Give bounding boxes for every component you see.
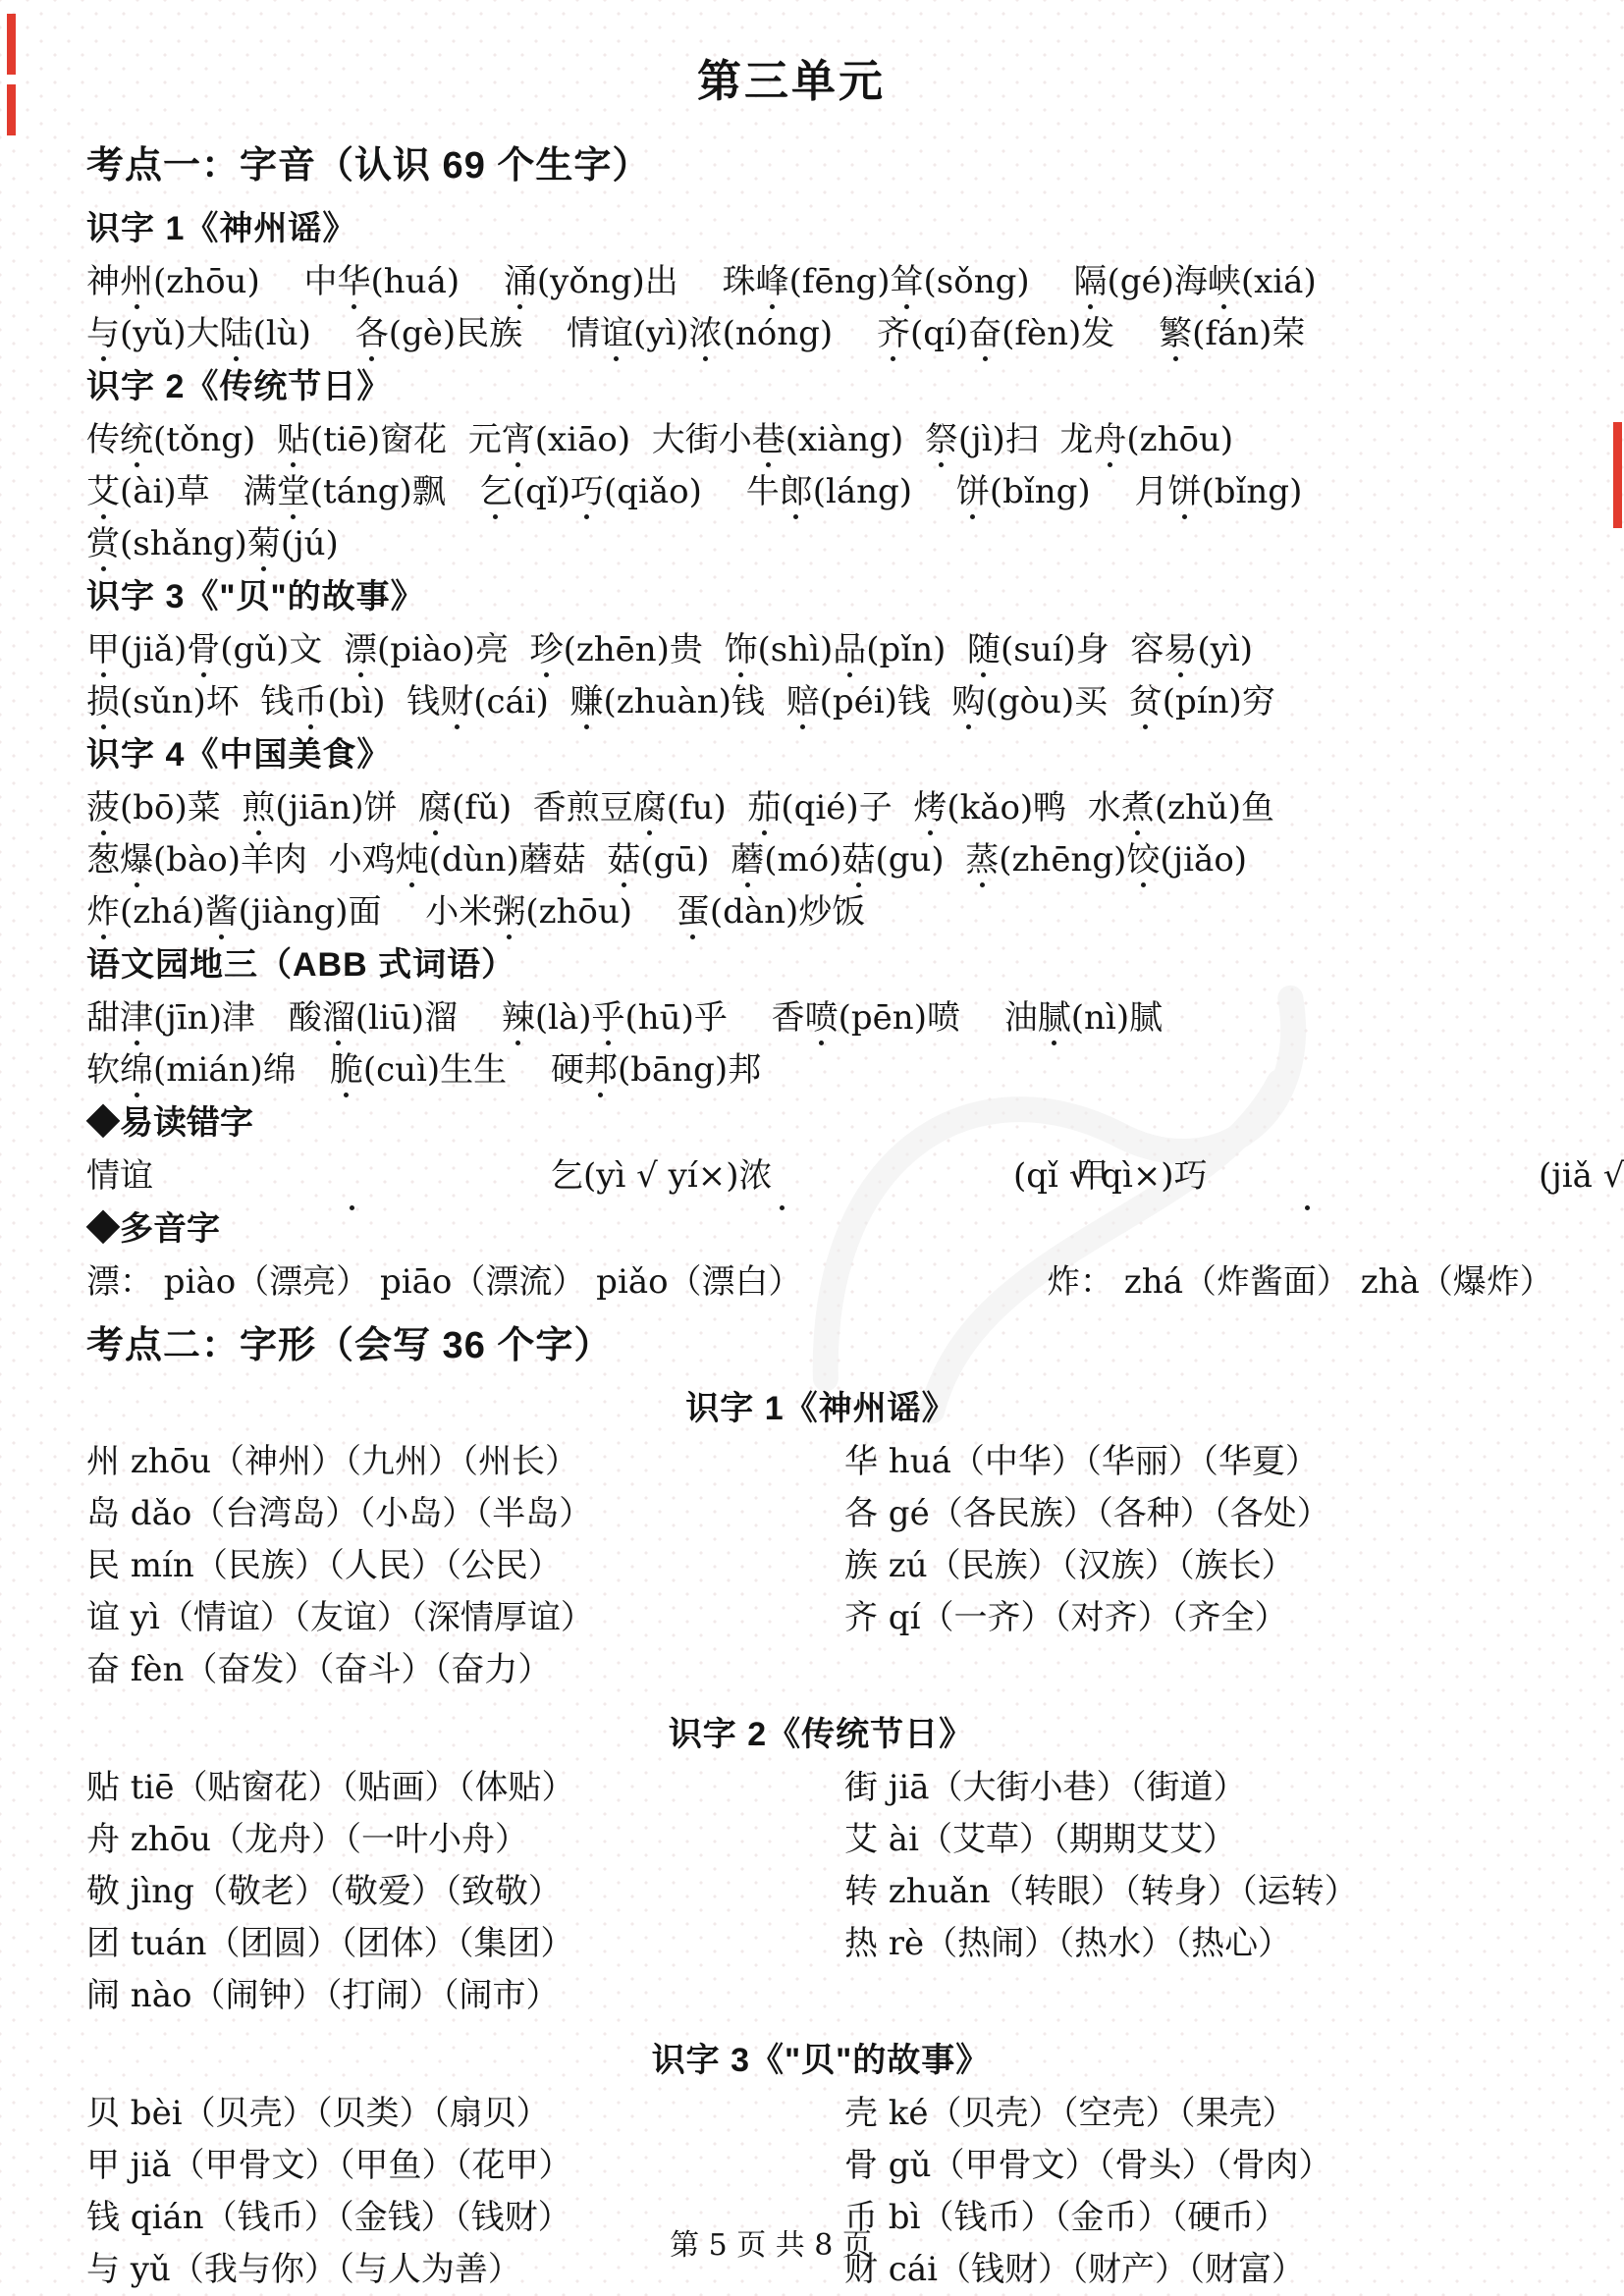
red-edge-mark-top-1 — [7, 14, 16, 75]
lesson-subtitle: 识字 4《中国美食》 — [86, 728, 1555, 782]
emphasized-char: 饺 — [1126, 840, 1160, 880]
emphasized-char: 蒸 — [965, 840, 999, 880]
emphasized-char: 爆 — [120, 840, 153, 880]
emphasized-char: 津 — [120, 998, 153, 1038]
glyph-entry: 转 zhuǎn（转眼）（转身）（运转） — [844, 1866, 1358, 1918]
glyph-entry: 壳 ké（贝壳）（空壳）（果壳） — [844, 2088, 1331, 2140]
glyph-entry: 艾 ài（艾草）（期期艾艾） — [844, 1814, 1358, 1866]
glyph-column-left: 贴 tiē（贴窗花）（贴画）（体贴）舟 zhōu（龙舟）（一叶小舟）敬 jìng… — [86, 1762, 844, 2022]
glyph-column-right: 华 huá（中华）（华丽）（华夏）各 gé（各民族）（各种）（各处）族 zú（民… — [844, 1436, 1330, 1696]
emphasized-char: 炸 — [86, 892, 120, 932]
emphasized-char: 喷 — [805, 998, 839, 1038]
emphasized-char: 菇 — [607, 840, 640, 880]
emphasized-char: 粥 — [492, 892, 525, 932]
emphasized-char: 涌 — [504, 262, 537, 301]
emphasized-char: 谊 — [600, 314, 633, 353]
emphasized-char: 甲 — [86, 630, 120, 669]
glyph-group-title: 识字 2《传统节日》 — [86, 1708, 1555, 1762]
page-content: 第三单元 考点一：字音（认识 69 个生字） 识字 1《神州谣》神州(zhōu)… — [0, 0, 1624, 2296]
emphasized-char: 漂 — [344, 630, 377, 669]
pinyin-line: 炸(zhá)酱(jiàng)面 小米粥(zhōu) 蛋(dàn)炒饭 — [86, 886, 1555, 938]
glyph-column-right: 街 jiā（大街小巷）（街道）艾 ài（艾草）（期期艾艾）转 zhuǎn（转眼）… — [844, 1762, 1358, 2022]
section-phonics: 考点一：字音（认识 69 个生字） 识字 1《神州谣》神州(zhōu) 中华(h… — [86, 134, 1555, 1308]
pinyin-line: 神州(zhōu) 中华(huá) 涌(yǒng)出 珠峰(fēng)耸(sǒng… — [86, 256, 1555, 308]
page-title: 第三单元 — [86, 45, 1496, 109]
glyph-group-title: 识字 1《神州谣》 — [86, 1382, 1555, 1436]
lesson-subtitle: 识字 2《传统节日》 — [86, 360, 1555, 414]
pinyin-line: 软绵(mián)绵 脆(cuì)生生 硬邦(bāng)邦 — [86, 1044, 1555, 1096]
emphasized-char: 耸 — [891, 262, 924, 301]
emphasized-char: 煮 — [1121, 788, 1155, 828]
glyph-entry: 各 gé（各民族）（各种）（各处） — [844, 1488, 1330, 1540]
emphasized-char: 腻 — [1038, 998, 1071, 1038]
emphasized-char: 蘑 — [731, 840, 764, 880]
emphasized-char: 各 — [355, 314, 389, 353]
emphasized-char: 赏 — [86, 524, 120, 563]
emphasized-char: 珍 — [530, 630, 564, 669]
emphasized-char: 蛋 — [677, 892, 710, 932]
emphasized-char: 齐 — [877, 314, 910, 353]
emphasized-char: 贫 — [1129, 682, 1163, 721]
glyph-entry: 贝 bèi（贝壳）（贝类）（扇贝） — [86, 2088, 844, 2140]
emphasized-char: 财 — [440, 682, 473, 721]
page-footer: 第 5 页 共 8 页 — [0, 2220, 1542, 2264]
glyphs-heading: 考点二：字形（会写 36 个字） — [86, 1314, 1555, 1368]
emphasized-char: 贴 — [277, 420, 310, 459]
phonics-blocks: 识字 1《神州谣》神州(zhōu) 中华(huá) 涌(yǒng)出 珠峰(fē… — [86, 202, 1555, 1096]
emphasized-char: 宵 — [502, 420, 535, 459]
emphasized-char: 煎 — [242, 788, 275, 828]
misread-item: 情谊(yì √ yí×)浓 — [86, 1150, 550, 1202]
emphasized-char: 峰 — [756, 262, 789, 301]
misread-heading: ◆易读错字 — [86, 1096, 1555, 1150]
section-glyphs: 考点二：字形（会写 36 个字） 识字 1《神州谣》州 zhōu（神州）（九州）… — [86, 1314, 1555, 2296]
red-edge-mark-right — [1613, 422, 1622, 528]
glyph-entry: 贴 tiē（贴窗花）（贴画）（体贴） — [86, 1762, 844, 1814]
lesson-subtitle: 识字 3《"贝"的故事》 — [86, 570, 1555, 624]
emphasized-char: 奋 — [968, 314, 1001, 353]
pinyin-line: 甜津(jīn)津 酸溜(liū)溜 辣(là)乎(hū)乎 香喷(pēn)喷 油… — [86, 992, 1555, 1044]
emphasized-char: 隔 — [1073, 262, 1107, 301]
emphasized-char: 菠 — [86, 788, 120, 828]
glyph-entry: 岛 dǎo（台湾岛）（小岛）（半岛） — [86, 1488, 844, 1540]
lesson-subtitle: 识字 1《神州谣》 — [86, 202, 1555, 256]
glyph-entry: 团 tuán（团圆）（团体）（集团） — [86, 1918, 844, 1970]
glyph-entry: 族 zú（民族）（汉族）（族长） — [844, 1540, 1330, 1592]
misread-item: 乞(qǐ √ qì×)巧 — [550, 1150, 1075, 1202]
glyph-entry: 奋 fèn（奋发）（奋斗）（奋力） — [86, 1644, 844, 1696]
emphasized-char: 辣 — [502, 998, 535, 1038]
emphasized-char: 菇 — [841, 840, 875, 880]
emphasized-char: 饼 — [1168, 472, 1202, 511]
emphasized-char: 损 — [86, 682, 120, 721]
pinyin-line: 艾(ài)草 满堂(táng)飘 乞(qǐ)巧(qiǎo) 牛郎(láng) 饼… — [86, 466, 1555, 518]
misread-item: 甲(jiǎ √ jiá×)骨文 — [1075, 1150, 1624, 1202]
pinyin-line: 菠(bō)菜 煎(jiān)饼 腐(fǔ) 香煎豆腐(fu) 茄(qié)子 烤… — [86, 782, 1555, 834]
glyph-entry: 甲 jiǎ（甲骨文）（甲鱼）（花甲） — [86, 2140, 844, 2192]
emphasized-char: 巧 — [570, 472, 604, 511]
pinyin-line: 损(sǔn)坏 钱币(bì) 钱财(cái) 赚(zhuàn)钱 赔(péi)钱… — [86, 676, 1555, 728]
glyph-entry: 谊 yì（情谊）（友谊）（深情厚谊） — [86, 1592, 844, 1644]
glyph-group-title: 识字 3《"贝"的故事》 — [86, 2034, 1555, 2088]
phonics-heading: 考点一：字音（认识 69 个生字） — [86, 134, 1555, 188]
misread-row: 情谊(yì √ yí×)浓乞(qǐ √ qì×)巧甲(jiǎ √ jiá×)骨文 — [86, 1150, 1555, 1202]
glyph-group-columns: 州 zhōu（神州）（九州）（州长）岛 dǎo（台湾岛）（小岛）（半岛）民 mí… — [86, 1436, 1555, 1696]
emphasized-char: 溜 — [322, 998, 355, 1038]
emphasized-char: 腐 — [418, 788, 452, 828]
polyphone-item: 漂： piào（漂亮） piāo（漂流） piǎo（漂白） — [86, 1256, 1047, 1308]
glyph-group-columns: 贴 tiē（贴窗花）（贴画）（体贴）舟 zhōu（龙舟）（一叶小舟）敬 jìng… — [86, 1762, 1555, 2022]
emphasized-char: 邦 — [584, 1050, 618, 1090]
emphasized-char: 茄 — [747, 788, 781, 828]
glyph-group-columns: 贝 bèi（贝壳）（贝类）（扇贝）甲 jiǎ（甲骨文）（甲鱼）（花甲）钱 qiá… — [86, 2088, 1555, 2296]
emphasized-char: 币 — [294, 682, 327, 721]
emphasized-char: 陆 — [220, 314, 253, 353]
emphasized-char: 饰 — [725, 630, 758, 669]
emphasized-char: 乞 — [479, 472, 513, 511]
glyph-column-right: 壳 ké（贝壳）（空壳）（果壳）骨 gǔ（甲骨文）（骨头）（骨肉）币 bì（钱币… — [844, 2088, 1331, 2296]
emphasized-char: 繁 — [1159, 314, 1192, 353]
pinyin-line: 传统(tǒng) 贴(tiē)窗花 元宵(xiāo) 大街小巷(xiàng) 祭… — [86, 414, 1555, 466]
emphasized-char: 峡 — [1208, 262, 1241, 301]
emphasized-char: 堂 — [277, 472, 310, 511]
emphasized-char: 艾 — [86, 472, 120, 511]
emphasized-char: 随 — [967, 630, 1001, 669]
glyph-entry: 热 rè（热闹）（热水）（热心） — [844, 1918, 1358, 1970]
emphasized-char: 购 — [951, 682, 985, 721]
glyph-column-left: 贝 bèi（贝壳）（贝类）（扇贝）甲 jiǎ（甲骨文）（甲鱼）（花甲）钱 qiá… — [86, 2088, 844, 2296]
polyphone-item: 炸： zhá（炸酱面） zhà（爆炸） — [1047, 1256, 1553, 1308]
emphasized-char: 谊 — [120, 1150, 583, 1202]
emphasized-char: 乎 — [592, 998, 625, 1038]
emphasized-char: 易 — [1164, 630, 1197, 669]
glyph-entry: 舟 zhōu（龙舟）（一叶小舟） — [86, 1814, 844, 1866]
pinyin-line: 赏(shǎng)菊(jú) — [86, 518, 1555, 570]
emphasized-char: 舟 — [1093, 420, 1126, 459]
glyph-entry: 闹 nào（闹钟）（打闹）（闹市） — [86, 1970, 844, 2022]
emphasized-char: 乞 — [550, 1150, 1013, 1202]
glyph-groups: 识字 1《神州谣》州 zhōu（神州）（九州）（州长）岛 dǎo（台湾岛）（小岛… — [86, 1382, 1555, 2296]
pinyin-line: 甲(jiǎ)骨(gǔ)文 漂(piào)亮 珍(zhēn)贵 饰(shì)品(p… — [86, 624, 1555, 676]
glyph-entry: 州 zhōu（神州）（九州）（州长） — [86, 1436, 844, 1488]
emphasized-char: 腐 — [633, 788, 667, 828]
emphasized-char: 与 — [86, 314, 120, 353]
emphasized-char: 赔 — [786, 682, 820, 721]
emphasized-char: 菊 — [247, 524, 281, 563]
glyph-entry: 街 jiā（大街小巷）（街道） — [844, 1762, 1358, 1814]
pinyin-line: 与(yǔ)大陆(lù) 各(gè)民族 情谊(yì)浓(nóng) 齐(qí)奋… — [86, 308, 1555, 360]
emphasized-char: 炖 — [396, 840, 429, 880]
emphasized-char: 脆 — [330, 1050, 363, 1090]
lesson-subtitle: 语文园地三（ABB 式词语） — [86, 938, 1555, 992]
polyphone-row: 漂： piào（漂亮） piāo（漂流） piǎo（漂白）炸： zhá（炸酱面）… — [86, 1256, 1555, 1308]
emphasized-char: 祭 — [925, 420, 958, 459]
red-edge-mark-top-2 — [7, 84, 16, 135]
emphasized-char: 巷 — [752, 420, 785, 459]
emphasized-char: 华 — [338, 262, 371, 301]
emphasized-char: 赚 — [570, 682, 604, 721]
emphasized-char: 绵 — [120, 1050, 153, 1090]
emphasized-char: 浓 — [689, 314, 723, 353]
emphasized-char: 烤 — [913, 788, 947, 828]
emphasized-char: 饼 — [956, 472, 990, 511]
emphasized-char: 州 — [120, 262, 153, 301]
glyph-entry: 齐 qí（一齐）（对齐）（齐全） — [844, 1592, 1330, 1644]
polyphone-heading: ◆多音字 — [86, 1202, 1555, 1256]
glyph-entry: 敬 jìng（敬老）（敬爱）（致敬） — [86, 1866, 844, 1918]
glyph-column-left: 州 zhōu（神州）（九州）（州长）岛 dǎo（台湾岛）（小岛）（半岛）民 mí… — [86, 1436, 844, 1696]
emphasized-char: 品 — [833, 630, 866, 669]
pinyin-line: 葱爆(bào)羊肉 小鸡炖(dùn)蘑菇 菇(gū) 蘑(mó)菇(gu) 蒸(… — [86, 834, 1555, 886]
emphasized-char: 骨 — [187, 630, 220, 669]
emphasized-char: 酱 — [205, 892, 239, 932]
emphasized-char: 甲 — [1075, 1150, 1539, 1202]
emphasized-char: 郎 — [780, 472, 813, 511]
glyph-entry: 华 huá（中华）（华丽）（华夏） — [844, 1436, 1330, 1488]
emphasized-char: 统 — [120, 420, 153, 459]
glyph-entry: 民 mín（民族）（人民）（公民） — [86, 1540, 844, 1592]
glyph-entry: 骨 gǔ（甲骨文）（骨头）（骨肉） — [844, 2140, 1331, 2192]
worksheet-page: 第三单元 考点一：字音（认识 69 个生字） 识字 1《神州谣》神州(zhōu)… — [0, 0, 1624, 2296]
